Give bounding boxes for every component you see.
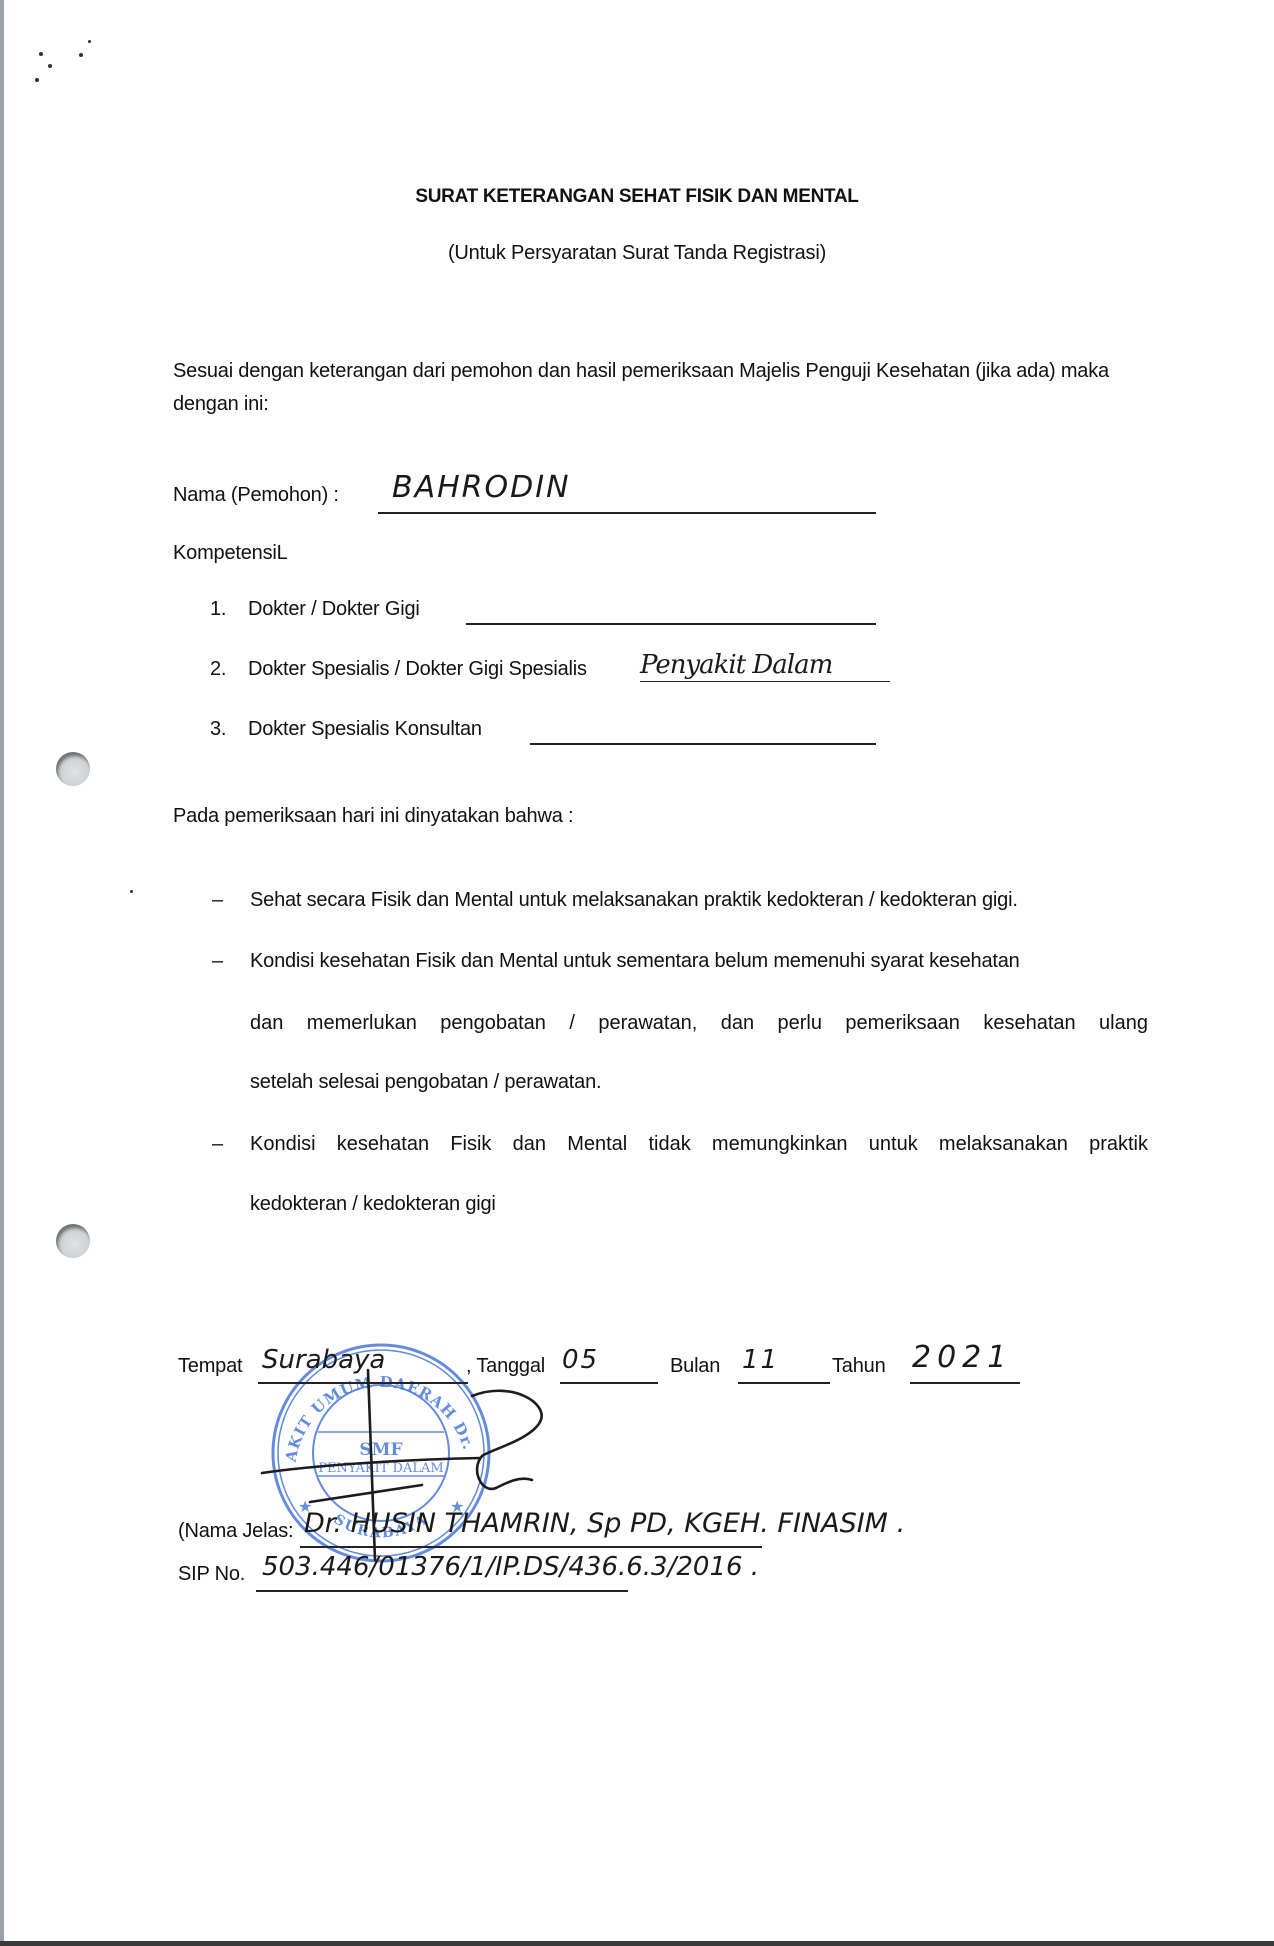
sip-value[interactable]: 503.446/01376/1/IP.DS/436.6.3/2016 . [262, 1552, 759, 1582]
doctor-name-label: (Nama Jelas: [178, 1520, 293, 1543]
competence-item-2-field [640, 681, 890, 682]
applicant-label: Nama (Pemohon) : [173, 484, 339, 507]
document-title: SURAT KETERANGAN SEHAT FISIK DAN MENTAL [0, 186, 1274, 208]
month-underline [738, 1382, 830, 1384]
scan-speck [35, 78, 39, 82]
competence-item-2-label: Dokter Spesialis / Dokter Gigi Spesialis [248, 658, 587, 681]
intro-paragraph: Sesuai dengan keterangan dari pemohon da… [173, 355, 1153, 421]
finding-2-line-1: Kondisi kesehatan Fisik dan Mental untuk… [250, 950, 1020, 973]
competence-item-1-field[interactable] [466, 623, 876, 625]
finding-3-line-1: Kondisi kesehatan Fisik dan Mental tidak… [250, 1133, 1148, 1156]
finding-3-line-1-text: Kondisi kesehatan Fisik dan Mental tidak… [250, 1133, 1148, 1155]
finding-3-bullet: – [212, 1133, 223, 1156]
year-label: Tahun [832, 1355, 886, 1378]
document-page: SURAT KETERANGAN SEHAT FISIK DAN MENTAL … [0, 0, 1274, 1946]
finding-1-line-1: Sehat secara Fisik dan Mental untuk mela… [250, 889, 1018, 912]
finding-3-line-2: kedokteran / kedokteran gigi [250, 1193, 496, 1216]
scan-speck [48, 64, 52, 68]
sip-underline [256, 1590, 628, 1592]
punch-hole [56, 1224, 90, 1258]
place-value[interactable]: Surabaya [262, 1345, 385, 1375]
competence-label: KompetensiL [173, 542, 288, 565]
place-underline [258, 1382, 468, 1384]
month-value[interactable]: 11 [742, 1345, 779, 1375]
scan-speck [88, 40, 91, 43]
scan-speck [79, 53, 83, 57]
finding-2-bullet: – [212, 950, 223, 973]
finding-1-bullet: – [212, 889, 223, 912]
place-label: Tempat [178, 1355, 242, 1378]
stamp-center-line2: PENYAKIT DALAM [318, 1461, 443, 1476]
date-underline [560, 1382, 658, 1384]
applicant-name-value[interactable]: BAHRODIN [392, 470, 571, 505]
date-value[interactable]: 05 [562, 1345, 599, 1375]
competence-item-1-label: Dokter / Dokter Gigi [248, 598, 420, 621]
competence-item-3-label: Dokter Spesialis Konsultan [248, 718, 482, 741]
doctor-name-value[interactable]: Dr. HUSIN THAMRIN, Sp PD, KGEH. FINASIM … [304, 1508, 905, 1539]
year-underline [910, 1382, 1020, 1384]
competence-item-2-number: 2. [210, 658, 226, 681]
month-label: Bulan [670, 1355, 720, 1378]
scan-left-edge [0, 0, 4, 1946]
year-value[interactable]: 2021 [912, 1340, 1012, 1375]
finding-2-line-3: setelah selesai pengobatan / perawatan. [250, 1071, 601, 1094]
competence-item-1-number: 1. [210, 598, 226, 621]
scan-speck [130, 890, 133, 893]
scan-bottom-edge [0, 1941, 1274, 1946]
finding-2-line-2-text: dan memerlukan pengobatan / perawatan, d… [250, 1012, 1148, 1034]
finding-2-line-2: dan memerlukan pengobatan / perawatan, d… [250, 1012, 1148, 1035]
scan-speck [39, 52, 43, 56]
findings-label: Pada pemeriksaan hari ini dinyatakan bah… [173, 805, 573, 828]
stamp-center-line1: SMF [359, 1440, 402, 1460]
competence-item-2-value[interactable]: Penyakit Dalam [640, 650, 832, 680]
document-subtitle: (Untuk Persyaratan Surat Tanda Registras… [0, 242, 1274, 265]
sip-label: SIP No. [178, 1563, 245, 1586]
competence-item-3-number: 3. [210, 718, 226, 741]
punch-hole [56, 752, 90, 786]
date-label: , Tanggal [466, 1355, 545, 1378]
doctor-name-underline [300, 1546, 762, 1548]
applicant-name-underline [378, 512, 876, 514]
competence-item-3-field[interactable] [530, 743, 876, 745]
